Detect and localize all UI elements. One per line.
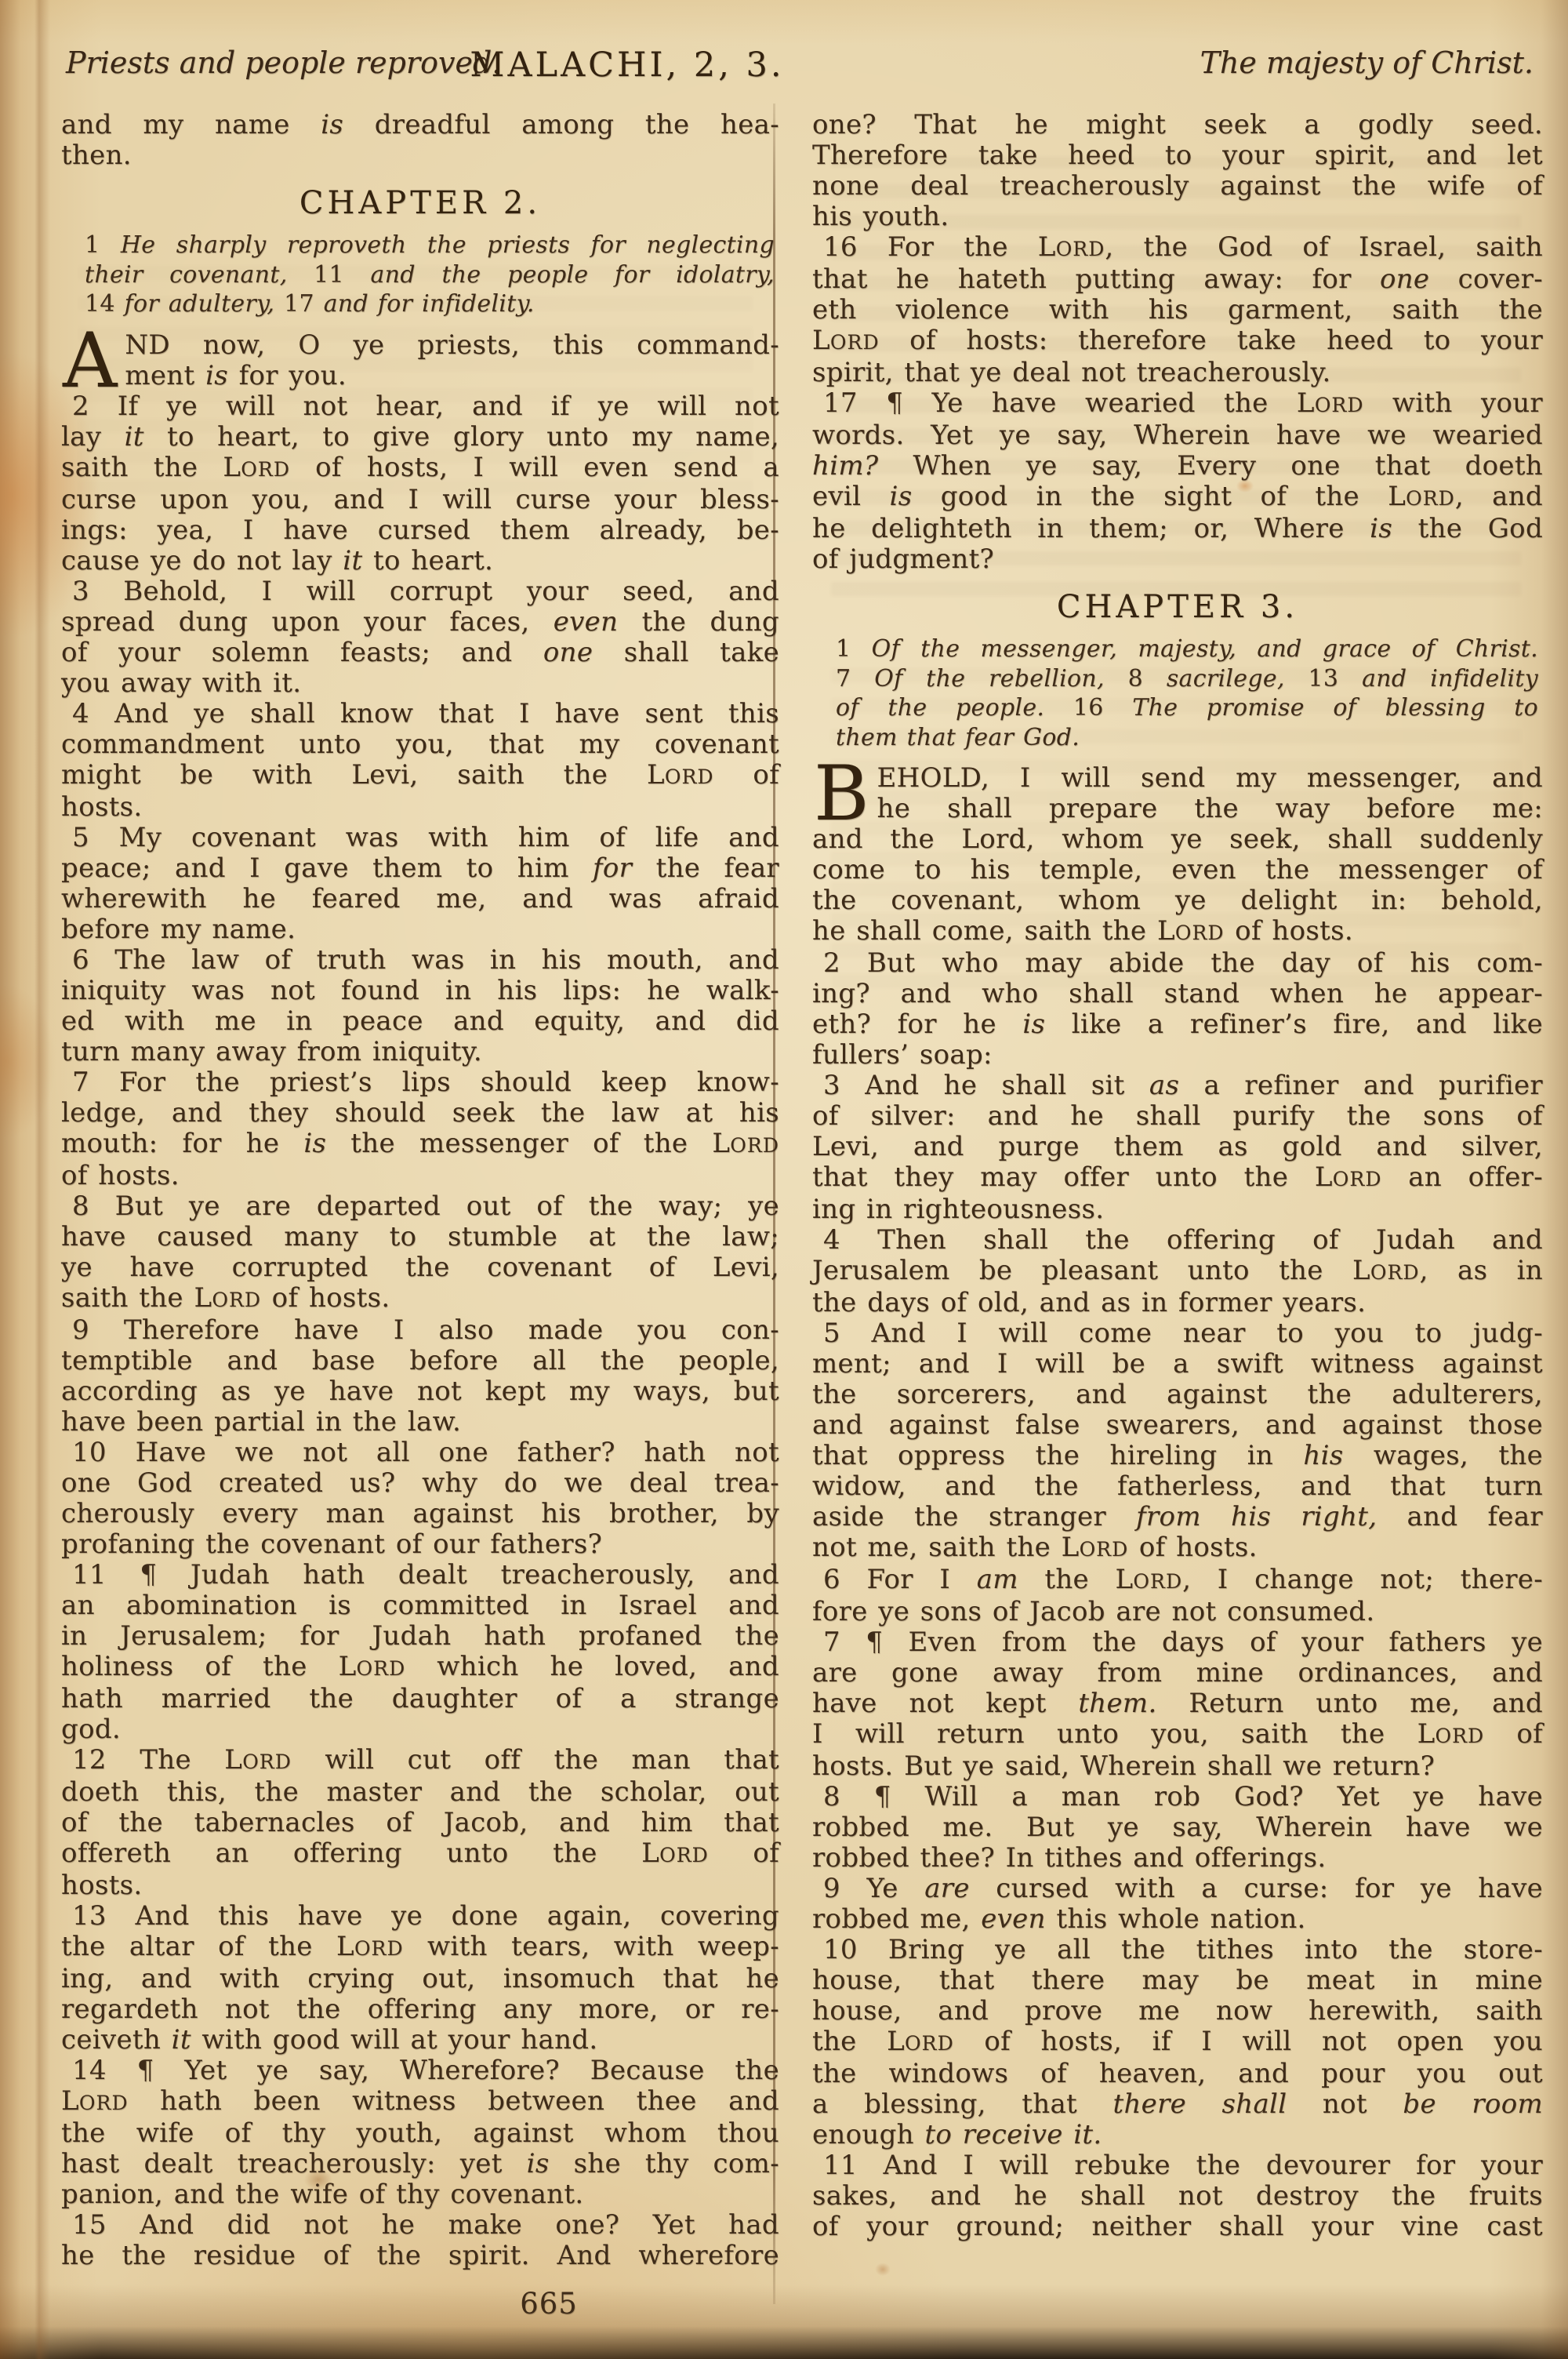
verse: 4 Then shall the offering of Judah andJe… bbox=[812, 1225, 1543, 1318]
verse: 2 But who may abide the day of his com-i… bbox=[812, 948, 1543, 1070]
chapter-summary: 1 Of the messenger, majesty, and grace o… bbox=[812, 634, 1543, 752]
divine-name-smallcaps: LORD bbox=[1388, 481, 1455, 512]
verse: 6 For I am the LORD, I change not; there… bbox=[812, 1565, 1543, 1627]
text-line: EHOLD, I will send my messenger, and bbox=[812, 763, 1543, 794]
text-line: evil is good in the sight of the LORD, a… bbox=[812, 482, 1543, 514]
text-line: 10 Have we not all one father? hath not bbox=[61, 1438, 779, 1468]
text-line: of the people. 16 The promise of blessin… bbox=[836, 693, 1538, 723]
text-line: widow, and the fatherless, and that turn bbox=[812, 1471, 1543, 1502]
text-line: one God created us? why do we deal trea- bbox=[61, 1468, 779, 1499]
text-line: 2 If ye will not hear, and if ye will no… bbox=[61, 391, 779, 422]
text-line: 16 For the LORD, the God of Israel, sait… bbox=[812, 232, 1543, 264]
left-column: and my name is dreadful among the hea-th… bbox=[61, 110, 779, 2271]
text-line: the windows of heaven, and pour you out bbox=[812, 2059, 1543, 2089]
text-line: hosts. bbox=[61, 792, 779, 823]
text-line: ing in righteousness. bbox=[812, 1194, 1543, 1225]
text-line: 7 For the priest’s lips should keep know… bbox=[61, 1067, 779, 1098]
verse: 13 And this have ye done again, covering… bbox=[61, 1901, 779, 2055]
verse: 3 Behold, I will corrupt your seed, ands… bbox=[61, 576, 779, 699]
text-line: peace; and I gave them to him for the fe… bbox=[61, 853, 779, 884]
text-line: ND now, O ye priests, this command- bbox=[61, 330, 779, 361]
text-line: of hosts. bbox=[61, 1161, 779, 1191]
text-line: saith the LORD of hosts, I will even sen… bbox=[61, 453, 779, 485]
text-line: ledge, and they should seek the law at h… bbox=[61, 1098, 779, 1129]
text-line: 8 ¶ Will a man rob God? Yet ye have bbox=[812, 1782, 1543, 1812]
text-line: curse upon you, and I will curse your bl… bbox=[61, 485, 779, 515]
text-line: house, that there may be meat in mine bbox=[812, 1965, 1543, 1996]
text-line: cherously every man against his brother,… bbox=[61, 1499, 779, 1529]
text-line: their covenant, 11 and the people for id… bbox=[85, 260, 775, 290]
drop-cap-initial: B bbox=[812, 763, 877, 824]
text-line: have caused many to stumble at the law; bbox=[61, 1222, 779, 1252]
text-line: cause ye do not lay it to heart. bbox=[61, 546, 779, 576]
text-line: offereth an offering unto the LORD of bbox=[61, 1838, 779, 1870]
verse: 7 ¶ Even from the days of your fathers y… bbox=[812, 1627, 1543, 1782]
text-line: mouth: for he is the messenger of the LO… bbox=[61, 1129, 779, 1161]
divine-name-smallcaps: LORD bbox=[1038, 231, 1105, 263]
text-line: holiness of the LORD which he loved, and bbox=[61, 1652, 779, 1684]
text-line: iniquity was not found in his lips: he w… bbox=[61, 976, 779, 1006]
text-line: 4 And ye shall know that I have sent thi… bbox=[61, 699, 779, 729]
text-line: and against false swearers, and against … bbox=[812, 1410, 1543, 1441]
text-line: the covenant, whom ye delight in: behold… bbox=[812, 885, 1543, 916]
text-line: ment; and I will be a swift witness agai… bbox=[812, 1349, 1543, 1379]
verse: 11 ¶ Judah hath dealt treacherously, and… bbox=[61, 1560, 779, 1745]
text-line: ings: yea, I have cursed them already, b… bbox=[61, 515, 779, 546]
text-line: 3 And he shall sit as a refiner and puri… bbox=[812, 1070, 1543, 1101]
text-line: 12 The LORD will cut off the man that bbox=[61, 1745, 779, 1777]
text-line: profaning the covenant of our fathers? bbox=[61, 1529, 779, 1560]
verse: 15 And did not he make one? Yet hadhe th… bbox=[61, 2210, 779, 2271]
text-line: ed with me in peace and equity, and did bbox=[61, 1006, 779, 1037]
text-line: panion, and the wife of thy covenant. bbox=[61, 2179, 779, 2210]
text-line: 4 Then shall the offering of Judah and bbox=[812, 1225, 1543, 1256]
text-line: of the tabernacles of Jacob, and him tha… bbox=[61, 1808, 779, 1838]
text-line: 14 ¶ Yet ye say, Wherefore? Because the bbox=[61, 2055, 779, 2086]
text-line: 11 And I will rebuke the devourer for yo… bbox=[812, 2150, 1543, 2181]
verse: 17 ¶ Ye have wearied the LORD with yourw… bbox=[812, 388, 1543, 575]
verse: 12 The LORD will cut off the man thatdoe… bbox=[61, 1745, 779, 1901]
divine-name-smallcaps: LORD bbox=[1157, 915, 1225, 947]
text-line: Jerusalem be pleasant unto the LORD, as … bbox=[812, 1256, 1543, 1288]
text-line: Therefore take heed to your spirit, and … bbox=[812, 140, 1543, 171]
text-line: robbed thee? In tithes and offerings. bbox=[812, 1843, 1543, 1874]
text-line: an abomination is committed in Israel an… bbox=[61, 1590, 779, 1621]
text-line: 3 Behold, I will corrupt your seed, and bbox=[61, 576, 779, 607]
text-line: sakes, and he shall not destroy the frui… bbox=[812, 2181, 1543, 2212]
divine-name-smallcaps: LORD bbox=[1062, 1532, 1129, 1563]
running-head-right: The majesty of Christ. bbox=[1200, 44, 1534, 82]
text-line: 2 But who may abide the day of his com- bbox=[812, 948, 1543, 979]
text-line: the sorcerers, and against the adulterer… bbox=[812, 1379, 1543, 1410]
text-line: come to his temple, even the messenger o… bbox=[812, 855, 1543, 885]
running-head-left: Priests and people reproved. bbox=[66, 44, 501, 82]
text-line: have been partial in the law. bbox=[61, 1407, 779, 1438]
verse: 2 If ye will not hear, and if ye will no… bbox=[61, 391, 779, 576]
divine-name-smallcaps: LORD bbox=[647, 759, 714, 791]
text-line: of silver: and he shall purify the sons … bbox=[812, 1101, 1543, 1132]
text-line: a blessing, that there shall not be room bbox=[812, 2089, 1543, 2120]
text-line: might be with Levi, saith the LORD of bbox=[61, 760, 779, 792]
verse: 4 And ye shall know that I have sent thi… bbox=[61, 699, 779, 823]
text-line: 8 But ye are departed out of the way; ye bbox=[61, 1191, 779, 1222]
text-line: ing? and who shall stand when he appear- bbox=[812, 979, 1543, 1009]
text-line: 15 And did not he make one? Yet had bbox=[61, 2210, 779, 2241]
text-line: lay it to heart, to give glory unto my n… bbox=[61, 422, 779, 453]
verse: 8 ¶ Will a man rob God? Yet ye haverobbe… bbox=[812, 1782, 1543, 1874]
text-line: none deal treacherously against the wife… bbox=[812, 171, 1543, 202]
text-line: and my name is dreadful among the hea- bbox=[61, 110, 779, 140]
text-line: before my name. bbox=[61, 914, 779, 945]
verse: AND now, O ye priests, this command-ment… bbox=[61, 330, 779, 391]
text-line: eth? for he is like a refiner’s fire, an… bbox=[812, 1009, 1543, 1040]
text-line: turn many away from iniquity. bbox=[61, 1037, 779, 1067]
divine-name-smallcaps: LORD bbox=[223, 452, 290, 483]
text-line: according as ye have not kept my ways, b… bbox=[61, 1376, 779, 1407]
text-line: wherewith he feared me, and was afraid bbox=[61, 884, 779, 914]
text-line: hosts. But ye said, Wherein shall we ret… bbox=[812, 1751, 1543, 1782]
verse: 8 But ye are departed out of the way; ye… bbox=[61, 1191, 779, 1315]
text-line: of judgment? bbox=[812, 544, 1543, 575]
text-line: fore ye sons of Jacob are not consumed. bbox=[812, 1597, 1543, 1627]
text-line: the LORD of hosts, if I will not open yo… bbox=[812, 2026, 1543, 2059]
text-line: he shall come, saith the LORD of hosts. bbox=[812, 916, 1543, 948]
continued-paragraph: and my name is dreadful among the hea-th… bbox=[61, 110, 779, 171]
text-line: in Jerusalem; for Judah hath profaned th… bbox=[61, 1621, 779, 1652]
text-line: temptible and base before all the people… bbox=[61, 1346, 779, 1376]
verse: 9 Ye are cursed with a curse: for ye hav… bbox=[812, 1874, 1543, 1935]
text-line: he the residue of the spirit. And wheref… bbox=[61, 2241, 779, 2271]
text-line: of your ground; neither shall your vine … bbox=[812, 2212, 1543, 2242]
divine-name-smallcaps: LORD bbox=[1417, 1718, 1485, 1750]
chapter-summary: 1 He sharply reproveth the priests for n… bbox=[61, 231, 779, 319]
text-line: spirit, that ye deal not treacherously. bbox=[812, 358, 1543, 388]
divine-name-smallcaps: LORD bbox=[1315, 1161, 1382, 1193]
text-line: eth violence with his garment, saith the bbox=[812, 295, 1543, 325]
text-line: one? That he might seek a godly seed. bbox=[812, 110, 1543, 140]
text-line: 9 Therefore have I also made you con- bbox=[61, 1315, 779, 1346]
text-line: ye have corrupted the covenant of Levi, bbox=[61, 1252, 779, 1283]
text-line: his youth. bbox=[812, 202, 1543, 232]
chapter-heading: CHAPTER 2. bbox=[61, 185, 779, 221]
divine-name-smallcaps: LORD bbox=[812, 325, 880, 356]
text-line: the wife of thy youth, against whom thou bbox=[61, 2118, 779, 2149]
text-line: ing, and with crying out, insomuch that … bbox=[61, 1964, 779, 1994]
text-line: enough to receive it. bbox=[812, 2120, 1543, 2150]
verse: 11 And I will rebuke the devourer for yo… bbox=[812, 2150, 1543, 2242]
text-line: god. bbox=[61, 1714, 779, 1745]
text-line: 5 And I will come near to you to judg- bbox=[812, 1318, 1543, 1349]
text-line: and the Lord, whom ye seek, shall sudden… bbox=[812, 824, 1543, 855]
verse: 10 Have we not all one father? hath noto… bbox=[61, 1438, 779, 1560]
verse: 6 The law of truth was in his mouth, and… bbox=[61, 945, 779, 1067]
text-line: commandment unto you, that my covenant bbox=[61, 729, 779, 760]
text-line: aside the stranger from his right, and f… bbox=[812, 1502, 1543, 1532]
text-line: he shall prepare the way before me: bbox=[812, 794, 1543, 824]
text-line: ment is for you. bbox=[61, 361, 779, 391]
running-head-title: MALACHI, 2, 3. bbox=[470, 45, 784, 85]
text-line: 6 The law of truth was in his mouth, and bbox=[61, 945, 779, 976]
divine-name-smallcaps: LORD bbox=[194, 1282, 261, 1314]
text-line: LORD hath been witness between thee and bbox=[61, 2086, 779, 2118]
text-line: 7 ¶ Even from the days of your fathers y… bbox=[812, 1627, 1543, 1658]
divine-name-smallcaps: LORD bbox=[61, 2085, 129, 2117]
verse: 5 And I will come near to you to judg-me… bbox=[812, 1318, 1543, 1565]
text-line: you away with it. bbox=[61, 668, 779, 699]
divine-name-smallcaps: LORD bbox=[224, 1744, 292, 1776]
text-line: robbed me. But ye say, Wherein have we bbox=[812, 1812, 1543, 1843]
text-line: 13 And this have ye done again, covering bbox=[61, 1901, 779, 1932]
text-line: hast dealt treacherously: yet is she thy… bbox=[61, 2149, 779, 2179]
divine-name-smallcaps: LORD bbox=[1297, 387, 1364, 419]
text-line: have not kept them. Return unto me, and bbox=[812, 1688, 1543, 1719]
text-line: fullers’ soap: bbox=[812, 1040, 1543, 1070]
text-line: hosts. bbox=[61, 1870, 779, 1901]
text-line: them that fear God. bbox=[836, 723, 1538, 753]
text-line: hath married the daughter of a strange bbox=[61, 1684, 779, 1714]
text-line: 1 Of the messenger, majesty, and grace o… bbox=[836, 634, 1538, 664]
page-number: 665 bbox=[470, 2287, 627, 2321]
verse: 14 ¶ Yet ye say, Wherefore? Because theL… bbox=[61, 2055, 779, 2210]
divine-name-smallcaps: LORD bbox=[336, 1931, 404, 1962]
divine-name-smallcaps: LORD bbox=[339, 1651, 406, 1682]
running-head: Priests and people reproved. MALACHI, 2,… bbox=[0, 44, 1568, 91]
text-line: 17 ¶ Ye have wearied the LORD with your bbox=[812, 388, 1543, 420]
text-line: Levi, and purge them as gold and silver, bbox=[812, 1132, 1543, 1162]
divine-name-smallcaps: LORD bbox=[641, 1837, 709, 1869]
verse: 10 Bring ye all the tithes into the stor… bbox=[812, 1935, 1543, 2150]
text-line: he delighteth in them; or, Where is the … bbox=[812, 514, 1543, 544]
text-line: that he hateth putting away: for one cov… bbox=[812, 264, 1543, 295]
verse: 9 Therefore have I also made you con-tem… bbox=[61, 1315, 779, 1438]
text-line: are gone away from mine ordinances, and bbox=[812, 1658, 1543, 1688]
text-line: of your solemn feasts; and one shall tak… bbox=[61, 638, 779, 668]
text-line: 14 for adultery, 17 and for infidelity. bbox=[85, 289, 775, 319]
text-line: that oppress the hireling in his wages, … bbox=[812, 1441, 1543, 1471]
continued-paragraph: one? That he might seek a godly seed.The… bbox=[812, 110, 1543, 232]
text-line: 11 ¶ Judah hath dealt treacherously, and bbox=[61, 1560, 779, 1590]
divine-name-smallcaps: LORD bbox=[887, 2026, 954, 2057]
text-line: 9 Ye are cursed with a curse: for ye hav… bbox=[812, 1874, 1543, 1904]
verse: 16 For the LORD, the God of Israel, sait… bbox=[812, 232, 1543, 388]
divine-name-smallcaps: LORD bbox=[712, 1128, 779, 1159]
text-line: 10 Bring ye all the tithes into the stor… bbox=[812, 1935, 1543, 1965]
text-line: not me, saith the LORD of hosts. bbox=[812, 1532, 1543, 1565]
text-line: robbed me, even this whole nation. bbox=[812, 1904, 1543, 1935]
bible-page: Priests and people reproved. MALACHI, 2,… bbox=[0, 0, 1568, 2359]
text-line: the days of old, and as in former years. bbox=[812, 1288, 1543, 1318]
divine-name-smallcaps: LORD bbox=[1116, 1564, 1183, 1595]
text-line: words. Yet ye say, Wherein have we weari… bbox=[812, 420, 1543, 451]
right-column: one? That he might seek a godly seed.The… bbox=[812, 110, 1543, 2242]
text-line: house, and prove me now herewith, saith bbox=[812, 1996, 1543, 2026]
chapter-heading: CHAPTER 3. bbox=[812, 589, 1543, 625]
verse: BEHOLD, I will send my messenger, andhe … bbox=[812, 763, 1543, 948]
text-line: doeth this, the master and the scholar, … bbox=[61, 1777, 779, 1808]
verse: 3 And he shall sit as a refiner and puri… bbox=[812, 1070, 1543, 1225]
text-line: I will return unto you, saith the LORD o… bbox=[812, 1719, 1543, 1751]
text-line: the altar of the LORD with tears, with w… bbox=[61, 1932, 779, 1964]
text-line: 5 My covenant was with him of life and bbox=[61, 823, 779, 853]
text-line: 7 Of the rebellion, 8 sacrilege, 13 and … bbox=[836, 664, 1538, 694]
text-line: him? When ye say, Every one that doeth bbox=[812, 451, 1543, 482]
text-line: saith the LORD of hosts. bbox=[61, 1283, 779, 1315]
text-line: 1 He sharply reproveth the priests for n… bbox=[85, 231, 775, 260]
text-line: then. bbox=[61, 140, 779, 171]
text-line: regardeth not the offering any more, or … bbox=[61, 1994, 779, 2025]
divine-name-smallcaps: LORD bbox=[1352, 1255, 1420, 1286]
text-line: 6 For I am the LORD, I change not; there… bbox=[812, 1565, 1543, 1597]
verse: 7 For the priest’s lips should keep know… bbox=[61, 1067, 779, 1191]
text-line: LORD of hosts: therefore take heed to yo… bbox=[812, 325, 1543, 358]
verse: 5 My covenant was with him of life andpe… bbox=[61, 823, 779, 945]
drop-cap-initial: A bbox=[61, 330, 125, 391]
text-line: ceiveth it with good will at your hand. bbox=[61, 2025, 779, 2055]
text-line: that they may offer unto the LORD an off… bbox=[812, 1162, 1543, 1194]
text-line: spread dung upon your faces, even the du… bbox=[61, 607, 779, 638]
